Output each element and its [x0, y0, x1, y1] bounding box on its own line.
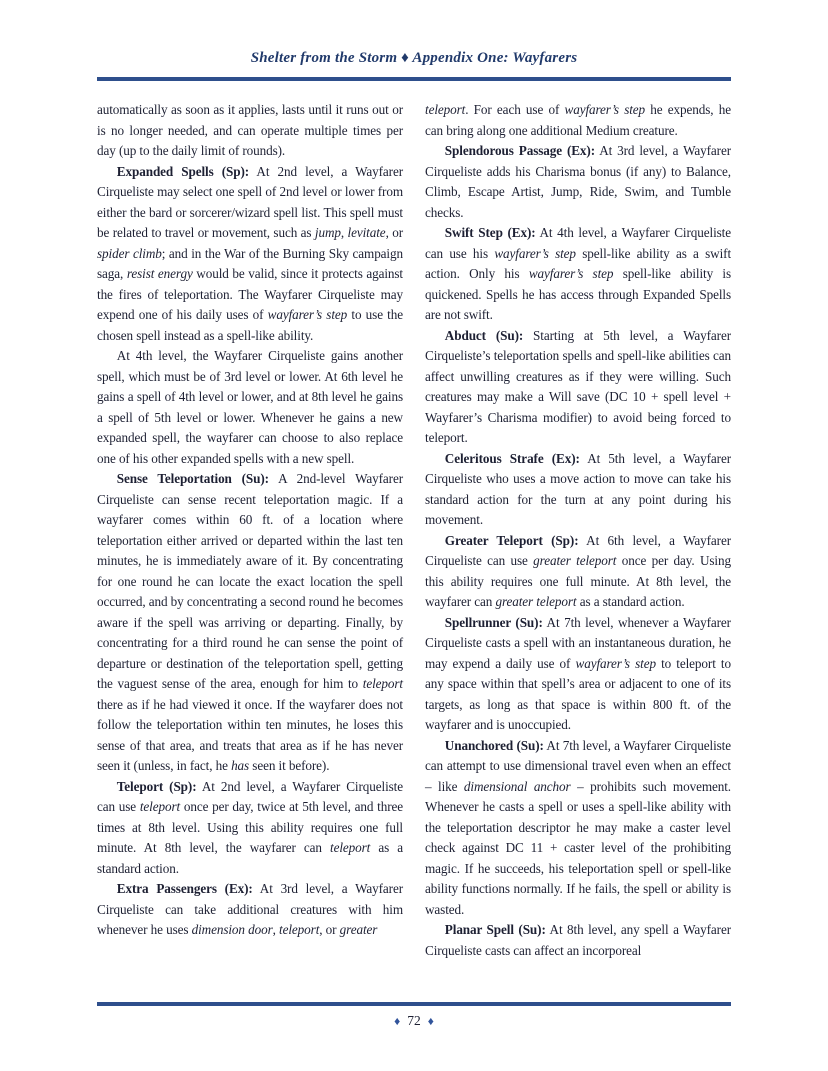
body-text: teleport	[279, 922, 319, 937]
body-text: Starting at 5th level, a Wayfarer Cirque…	[425, 328, 731, 446]
body-text: has	[231, 758, 249, 773]
paragraph: automatically as soon as it applies, las…	[97, 100, 403, 162]
paragraph: Teleport (Sp): At 2nd level, a Wayfarer …	[97, 777, 403, 880]
body-text: teleport	[330, 840, 370, 855]
body-text: wayfarer’s step	[268, 307, 348, 322]
footer-rule	[97, 1002, 731, 1006]
body-text: ,	[341, 225, 348, 240]
paragraph: teleport. For each use of wayfarer’s ste…	[425, 100, 731, 141]
paragraph: Sense Teleportation (Su): A 2nd-level Wa…	[97, 469, 403, 777]
page-footer: ♦ 72 ♦	[0, 1013, 828, 1029]
body-text: dimension door	[192, 922, 273, 937]
body-text: as a standard action.	[577, 594, 685, 609]
paragraph: Abduct (Su): Starting at 5th level, a Wa…	[425, 326, 731, 449]
body-text: wayfarer’s step	[494, 246, 576, 261]
page-number: 72	[407, 1013, 421, 1029]
body-text: seen it before).	[249, 758, 329, 773]
body-text: resist energy	[127, 266, 193, 281]
ability-name: Greater Teleport (Sp):	[445, 533, 579, 548]
body-text: . For each use of	[465, 102, 564, 117]
ability-name: Abduct (Su):	[445, 328, 523, 343]
paragraph: Swift Step (Ex): At 4th level, a Wayfare…	[425, 223, 731, 326]
running-header: Shelter from the Storm ♦ Appendix One: W…	[0, 50, 828, 67]
body-text: wayfarer’s step	[529, 266, 614, 281]
body-text: , or	[319, 922, 339, 937]
paragraph: Unanchored (Su): At 7th level, a Wayfare…	[425, 736, 731, 921]
body-text: greater teleport	[533, 553, 616, 568]
paragraph: Extra Passengers (Ex): At 3rd level, a W…	[97, 879, 403, 941]
paragraph: Splendorous Passage (Ex): At 3rd level, …	[425, 141, 731, 223]
body-text: levitate	[348, 225, 386, 240]
right-column: teleport. For each use of wayfarer’s ste…	[425, 100, 731, 998]
body-text: teleport	[425, 102, 465, 117]
body-text: wayfarer’s step	[576, 656, 656, 671]
ability-name: Spellrunner (Su):	[445, 615, 543, 630]
body-text: At 4th level, the Wayfarer Cirqueliste g…	[97, 348, 403, 466]
diamond-icon: ♦	[428, 1015, 434, 1027]
header-rule	[97, 77, 731, 81]
body-text: , or	[386, 225, 403, 240]
ability-name: Unanchored (Su):	[445, 738, 544, 753]
diamond-icon: ♦	[394, 1015, 400, 1027]
paragraph: Planar Spell (Su): At 8th level, any spe…	[425, 920, 731, 961]
ability-name: Sense Teleportation (Su):	[117, 471, 269, 486]
body-text: – prohibits such movement. Whenever he c…	[425, 779, 731, 917]
body-text: greater	[340, 922, 378, 937]
ability-name: Extra Passengers (Ex):	[117, 881, 253, 896]
book-page: Shelter from the Storm ♦ Appendix One: W…	[0, 0, 828, 1071]
body-text: dimensional anchor	[464, 779, 571, 794]
left-column: automatically as soon as it applies, las…	[97, 100, 403, 998]
body-text: A 2nd-level Wayfarer Cirqueliste can sen…	[97, 471, 403, 691]
ability-name: Teleport (Sp):	[117, 779, 197, 794]
ability-name: Planar Spell (Su):	[445, 922, 546, 937]
paragraph: Expanded Spells (Sp): At 2nd level, a Wa…	[97, 162, 403, 347]
text-columns: automatically as soon as it applies, las…	[97, 100, 731, 998]
paragraph: Spellrunner (Su): At 7th level, whenever…	[425, 613, 731, 736]
paragraph: Greater Teleport (Sp): At 6th level, a W…	[425, 531, 731, 613]
body-text: teleport	[140, 799, 180, 814]
ability-name: Celeritous Strafe (Ex):	[445, 451, 580, 466]
ability-name: Expanded Spells (Sp):	[117, 164, 249, 179]
ability-name: Splendorous Passage (Ex):	[445, 143, 595, 158]
body-text: automatically as soon as it applies, las…	[97, 102, 403, 158]
paragraph: Celeritous Strafe (Ex): At 5th level, a …	[425, 449, 731, 531]
paragraph: At 4th level, the Wayfarer Cirqueliste g…	[97, 346, 403, 469]
body-text: wayfarer’s step	[565, 102, 646, 117]
body-text: greater teleport	[495, 594, 576, 609]
body-text: teleport	[363, 676, 403, 691]
body-text: jump	[315, 225, 341, 240]
body-text: spider climb	[97, 246, 162, 261]
ability-name: Swift Step (Ex):	[445, 225, 536, 240]
